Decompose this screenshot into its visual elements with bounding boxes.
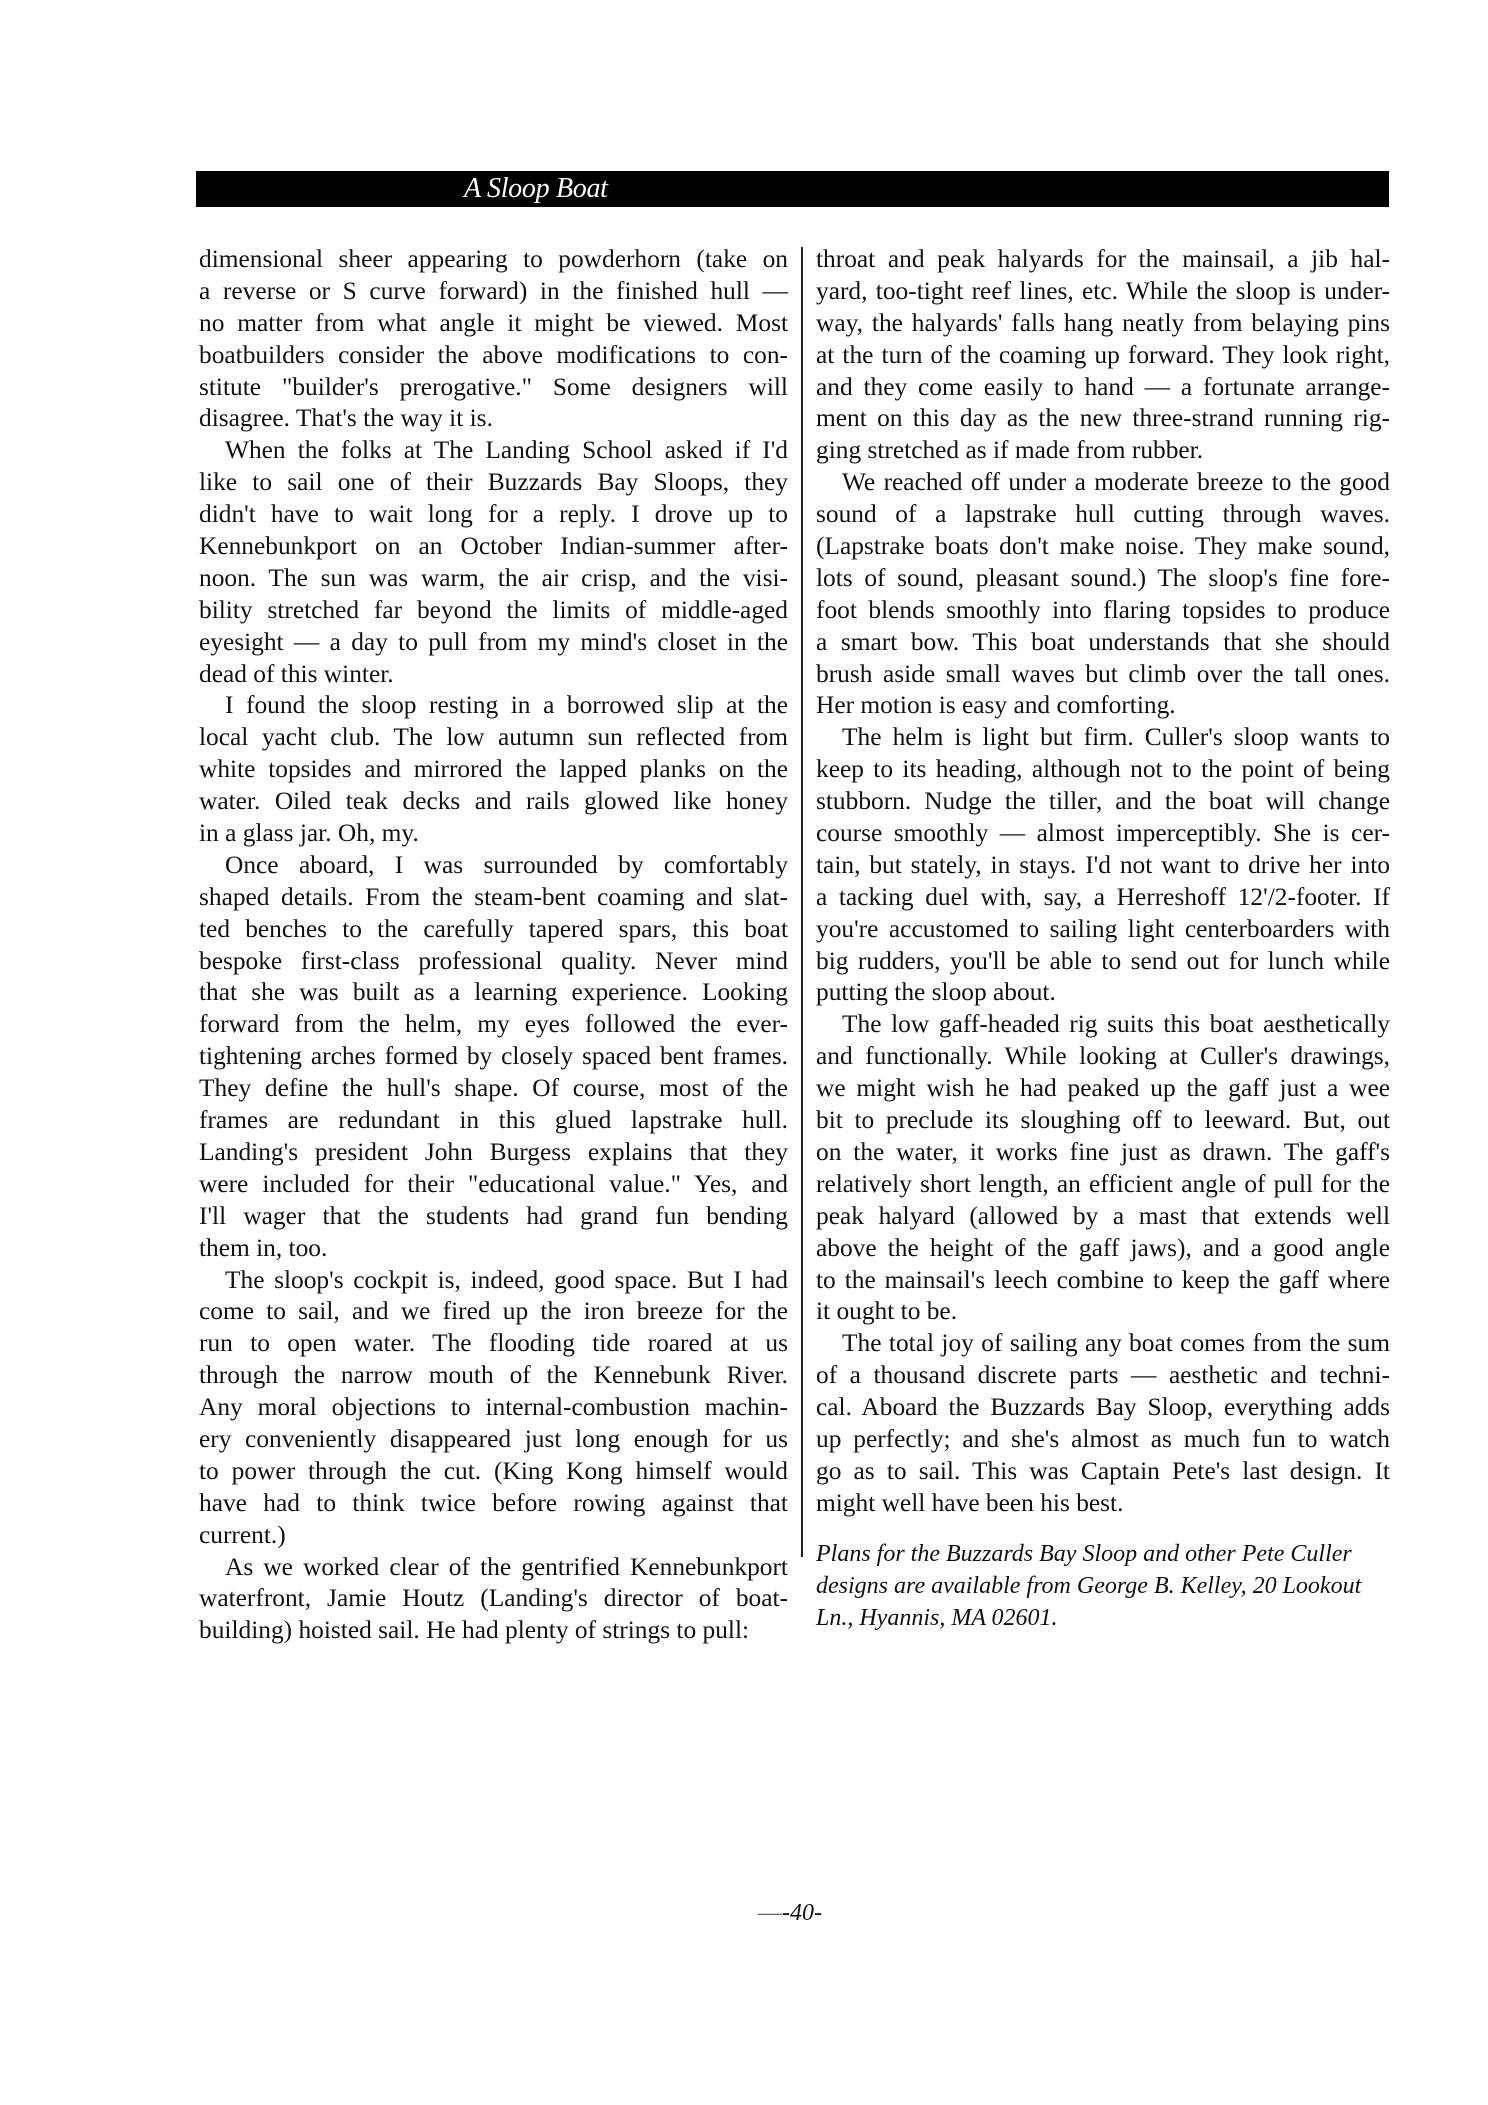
text-line: at the turn of the coaming up forward. T… <box>816 340 1390 372</box>
text-line: current.) <box>199 1520 788 1552</box>
paragraph: We reached off under a moderate breeze t… <box>816 467 1390 722</box>
text-line: eyesight — a day to pull from my mind's … <box>199 627 788 659</box>
text-line: and functionally. While looking at Culle… <box>816 1041 1390 1073</box>
paragraph: dimensional sheer appearing to powderhor… <box>199 244 788 435</box>
text-line: Landing's president John Burgess explain… <box>199 1137 788 1169</box>
text-line: The total joy of sailing any boat comes … <box>816 1328 1390 1360</box>
text-line: like to sail one of their Buzzards Bay S… <box>199 467 788 499</box>
left-column: dimensional sheer appearing to powderhor… <box>199 244 788 1647</box>
right-column: throat and peak halyards for the mainsai… <box>816 244 1390 1634</box>
plans-availability-note: Plans for the Buzzards Bay Sloop and oth… <box>816 1538 1390 1634</box>
text-line: waterfront, Jamie Houtz (Landing's direc… <box>199 1583 788 1615</box>
text-line: ted benches to the carefully tapered spa… <box>199 914 788 946</box>
text-line: a smart bow. This boat understands that … <box>816 627 1390 659</box>
text-line: Any moral objections to internal-combust… <box>199 1392 788 1424</box>
text-line: The helm is light but firm. Culler's slo… <box>816 722 1390 754</box>
page-number-dash: — <box>758 1900 782 1926</box>
text-line: When the folks at The Landing School ask… <box>199 435 788 467</box>
text-line: I'll wager that the students had grand f… <box>199 1201 788 1233</box>
paragraph: throat and peak halyards for the mainsai… <box>816 244 1390 467</box>
paragraph: The sloop's cockpit is, indeed, good spa… <box>199 1265 788 1552</box>
text-line: brush aside small waves but climb over t… <box>816 659 1390 691</box>
paragraph: The low gaff-headed rig suits this boat … <box>816 1009 1390 1328</box>
text-line: Kennebunkport on an October Indian-summe… <box>199 531 788 563</box>
text-line: boatbuilders consider the above modifica… <box>199 340 788 372</box>
text-line: As we worked clear of the gentrified Ken… <box>199 1552 788 1584</box>
text-line: foot blends smoothly into flaring topsid… <box>816 595 1390 627</box>
text-line: them in, too. <box>199 1233 788 1265</box>
text-line: have had to think twice before rowing ag… <box>199 1488 788 1520</box>
paragraph: As we worked clear of the gentrified Ken… <box>199 1552 788 1648</box>
text-line: on the water, it works fine just as draw… <box>816 1137 1390 1169</box>
text-line: ment on this day as the new three-strand… <box>816 403 1390 435</box>
text-line: local yacht club. The low autumn sun ref… <box>199 722 788 754</box>
text-line: sound of a lapstrake hull cutting throug… <box>816 499 1390 531</box>
text-line: water. Oiled teak decks and rails glowed… <box>199 786 788 818</box>
text-line: didn't have to wait long for a reply. I … <box>199 499 788 531</box>
page-number-value: -40- <box>782 1900 822 1926</box>
paragraph: Once aboard, I was surrounded by comfort… <box>199 850 788 1265</box>
text-line: way, the halyards' falls hang neatly fro… <box>816 308 1390 340</box>
text-line: dimensional sheer appearing to powderhor… <box>199 244 788 276</box>
text-line: throat and peak halyards for the mainsai… <box>816 244 1390 276</box>
text-line: disagree. That's the way it is. <box>199 403 788 435</box>
text-line: relatively short length, an efficient an… <box>816 1169 1390 1201</box>
text-line: a reverse or S curve forward) in the fin… <box>199 276 788 308</box>
text-line: keep to its heading, although not to the… <box>816 754 1390 786</box>
note-line: Plans for the Buzzards Bay Sloop and oth… <box>816 1538 1390 1570</box>
text-line: a tacking duel with, say, a Herreshoff 1… <box>816 882 1390 914</box>
text-line: we might wish he had peaked up the gaff … <box>816 1073 1390 1105</box>
text-line: ery conveniently disappeared just long e… <box>199 1424 788 1456</box>
text-line: you're accustomed to sailing light cente… <box>816 914 1390 946</box>
text-line: of a thousand discrete parts — aesthetic… <box>816 1360 1390 1392</box>
text-line: I found the sloop resting in a borrowed … <box>199 690 788 722</box>
text-line: We reached off under a moderate breeze t… <box>816 467 1390 499</box>
text-line: The sloop's cockpit is, indeed, good spa… <box>199 1265 788 1297</box>
note-line: Ln., Hyannis, MA 02601. <box>816 1602 1390 1634</box>
text-line: bility stretched far beyond the limits o… <box>199 595 788 627</box>
text-line: tightening arches formed by closely spac… <box>199 1041 788 1073</box>
text-line: up perfectly; and she's almost as much f… <box>816 1424 1390 1456</box>
column-divider <box>801 247 803 1557</box>
text-line: forward from the helm, my eyes followed … <box>199 1009 788 1041</box>
text-line: shaped details. From the steam-bent coam… <box>199 882 788 914</box>
text-line: to the mainsail's leech combine to keep … <box>816 1265 1390 1297</box>
text-line: no matter from what angle it might be vi… <box>199 308 788 340</box>
text-line: come to sail, and we fired up the iron b… <box>199 1296 788 1328</box>
text-line: dead of this winter. <box>199 659 788 691</box>
text-line: frames are redundant in this glued lapst… <box>199 1105 788 1137</box>
text-line: that she was built as a learning experie… <box>199 977 788 1009</box>
text-line: it ought to be. <box>816 1296 1390 1328</box>
text-line: were included for their "educational val… <box>199 1169 788 1201</box>
text-line: yard, too-tight reef lines, etc. While t… <box>816 276 1390 308</box>
note-line: designs are available from George B. Kel… <box>816 1570 1390 1602</box>
text-line: run to open water. The flooding tide roa… <box>199 1328 788 1360</box>
text-line: above the height of the gaff jaws), and … <box>816 1233 1390 1265</box>
paragraph: The helm is light but firm. Culler's slo… <box>816 722 1390 1009</box>
text-line: peak halyard (allowed by a mast that ext… <box>816 1201 1390 1233</box>
page-number: —-40- <box>758 1899 822 1927</box>
text-line: bit to preclude its sloughing off to lee… <box>816 1105 1390 1137</box>
paragraph: The total joy of sailing any boat comes … <box>816 1328 1390 1519</box>
text-line: tain, but stately, in stays. I'd not wan… <box>816 850 1390 882</box>
text-line: building) hoisted sail. He had plenty of… <box>199 1615 788 1647</box>
text-line: in a glass jar. Oh, my. <box>199 818 788 850</box>
text-line: big rudders, you'll be able to send out … <box>816 946 1390 978</box>
text-line: (Lapstrake boats don't make noise. They … <box>816 531 1390 563</box>
text-line: lots of sound, pleasant sound.) The sloo… <box>816 563 1390 595</box>
text-line: go as to sail. This was Captain Pete's l… <box>816 1456 1390 1488</box>
text-line: through the narrow mouth of the Kennebun… <box>199 1360 788 1392</box>
text-line: bespoke first-class professional quality… <box>199 946 788 978</box>
text-line: noon. The sun was warm, the air crisp, a… <box>199 563 788 595</box>
text-line: and they come easily to hand — a fortuna… <box>816 372 1390 404</box>
running-header-title: A Sloop Boat <box>464 172 608 206</box>
text-line: putting the sloop about. <box>816 977 1390 1009</box>
text-line: Her motion is easy and comforting. <box>816 690 1390 722</box>
text-line: ging stretched as if made from rubber. <box>816 435 1390 467</box>
text-line: stubborn. Nudge the tiller, and the boat… <box>816 786 1390 818</box>
text-line: cal. Aboard the Buzzards Bay Sloop, ever… <box>816 1392 1390 1424</box>
text-line: stitute "builder's prerogative." Some de… <box>199 372 788 404</box>
text-line: to power through the cut. (King Kong him… <box>199 1456 788 1488</box>
text-line: The low gaff-headed rig suits this boat … <box>816 1009 1390 1041</box>
running-header-bar: A Sloop Boat <box>196 171 1389 207</box>
paragraph: When the folks at The Landing School ask… <box>199 435 788 690</box>
paragraph: I found the sloop resting in a borrowed … <box>199 690 788 849</box>
text-line: might well have been his best. <box>816 1488 1390 1520</box>
text-line: white topsides and mirrored the lapped p… <box>199 754 788 786</box>
text-line: course smoothly — almost imperceptibly. … <box>816 818 1390 850</box>
text-line: They define the hull's shape. Of course,… <box>199 1073 788 1105</box>
text-line: Once aboard, I was surrounded by comfort… <box>199 850 788 882</box>
